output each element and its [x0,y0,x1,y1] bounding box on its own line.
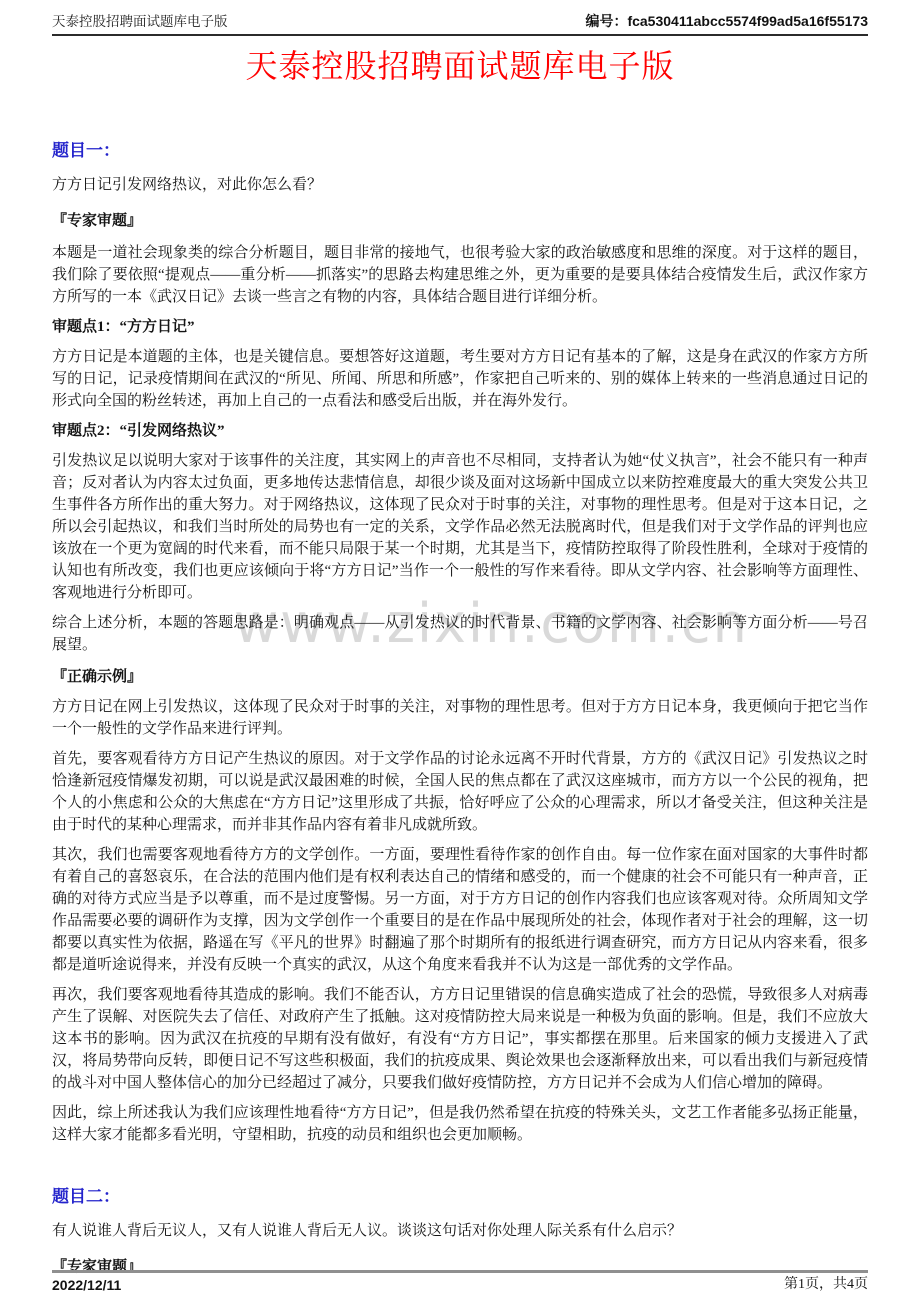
example-second-paragraph: 其次，我们也需要客观地看待方方的文学创作。一方面，要理性看待作家的创作自由。每一… [52,844,868,976]
exam-point-2-paragraph: 引发热议足以说明大家对于该事件的关注度，其实网上的声音也不尽相同，支持者认为她“… [52,450,868,604]
header-serial-number: 编号：fca530411abcc5574f99ad5a16f55173 [585,12,868,30]
header-doc-title: 天泰控股招聘面试题库电子版 [52,13,228,31]
example-conclusion-paragraph: 因此，综上所述我认为我们应该理性地看待“方方日记”，但是我仍然希望在抗疫的特殊关… [52,1102,868,1146]
page-footer: 2022/12/11 第1页，共4页 [52,1270,868,1294]
topic-2-heading: 题目二： [52,1186,868,1208]
example-first-paragraph: 首先，要客观看待方方日记产生热议的原因。对于文学作品的讨论永远离不开时代背景，方… [52,748,868,836]
expert-review-label-1: 『专家审题』 [52,210,868,232]
page-title: 天泰控股招聘面试题库电子版 [52,45,868,88]
footer-page-info: 第1页，共4页 [784,1276,868,1294]
exam-point-2-heading: 审题点2：“引发网络热议” [52,420,868,442]
footer-date: 2022/12/11 [52,1276,121,1294]
page-header: 天泰控股招聘面试题库电子版 编号：fca530411abcc5574f99ad5… [52,0,868,36]
exam-point-1-paragraph: 方方日记是本道题的主体，也是关键信息。要想答好这道题，考生要对方方日记有基本的了… [52,346,868,412]
exam-point-1-heading: 审题点1：“方方日记” [52,316,868,338]
question-1-text: 方方日记引发网络热议，对此你怎么看？ [52,174,868,196]
topic-1-heading: 题目一： [52,140,868,162]
example-third-paragraph: 再次，我们要客观地看待其造成的影响。我们不能否认，方方日记里错误的信息确实造成了… [52,984,868,1094]
analysis-intro-paragraph: 本题是一道社会现象类的综合分析题目，题目非常的接地气，也很考验大家的政治敏感度和… [52,242,868,308]
example-opening-paragraph: 方方日记在网上引发热议，这体现了民众对于时事的关注，对事物的理性思考。但对于方方… [52,696,868,740]
correct-example-label: 『正确示例』 [52,666,868,688]
summary-paragraph: 综合上述分析，本题的答题思路是：明确观点——从引发热议的时代背景、书籍的文学内容… [52,612,868,656]
document-page: 天泰控股招聘面试题库电子版 编号：fca530411abcc5574f99ad5… [0,0,920,1278]
question-2-text: 有人说谁人背后无议人，又有人说谁人背后无人议。谈谈这句话对你处理人际关系有什么启… [52,1220,868,1242]
